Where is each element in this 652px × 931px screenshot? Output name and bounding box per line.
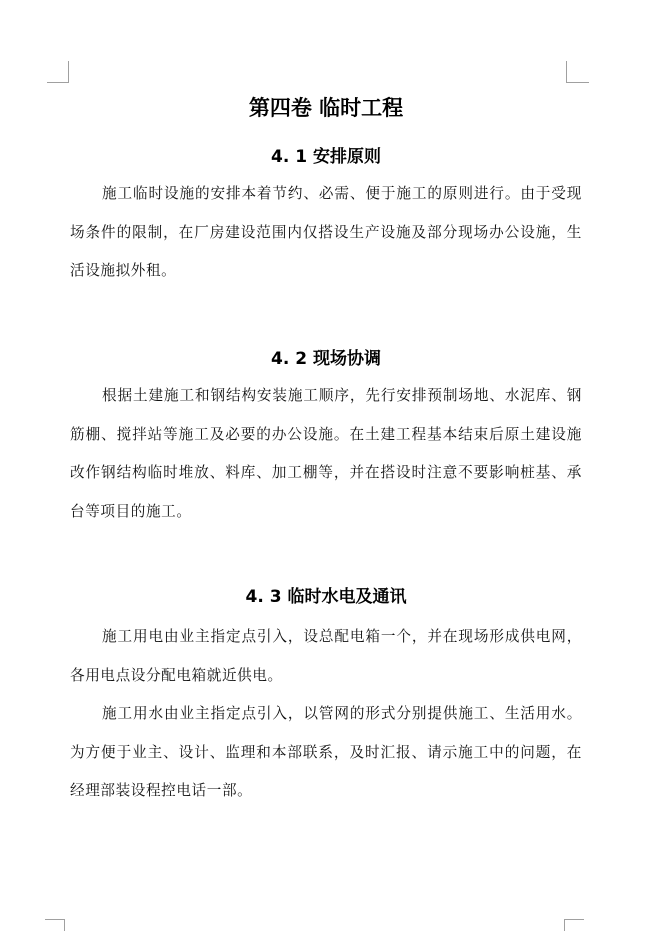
section-heading-4-1: 4. 1 安排原则 <box>70 142 582 167</box>
section-heading-4-3: 4. 3 临时水电及通讯 <box>70 582 582 607</box>
section-4-3-paragraph-2: 施工用水由业主指定点引入，以管网的形式分别提供施工、生活用水。为方便于业主、设计… <box>70 695 582 811</box>
page-corner-mark-top-right <box>566 61 589 83</box>
section-4-1-paragraph: 施工临时设施的安排本着节约、必需、便于施工的原则进行。由于受现场条件的限制，在厂… <box>70 175 582 291</box>
section-heading-4-2: 4. 2 现场协调 <box>70 344 582 369</box>
section-4-3-paragraph-1: 施工用电由业主指定点引入，设总配电箱一个，并在现场形成供电网，各用电点设分配电箱… <box>70 618 582 695</box>
page-corner-mark-bottom-right <box>564 919 584 931</box>
page-corner-mark-top-left <box>47 61 69 83</box>
page-corner-mark-bottom-left <box>45 919 65 931</box>
volume-title: 第四卷 临时工程 <box>70 92 582 122</box>
section-4-2-paragraph: 根据土建施工和钢结构安装施工顺序，先行安排预制场地、水泥库、钢筋棚、搅拌站等施工… <box>70 377 582 531</box>
